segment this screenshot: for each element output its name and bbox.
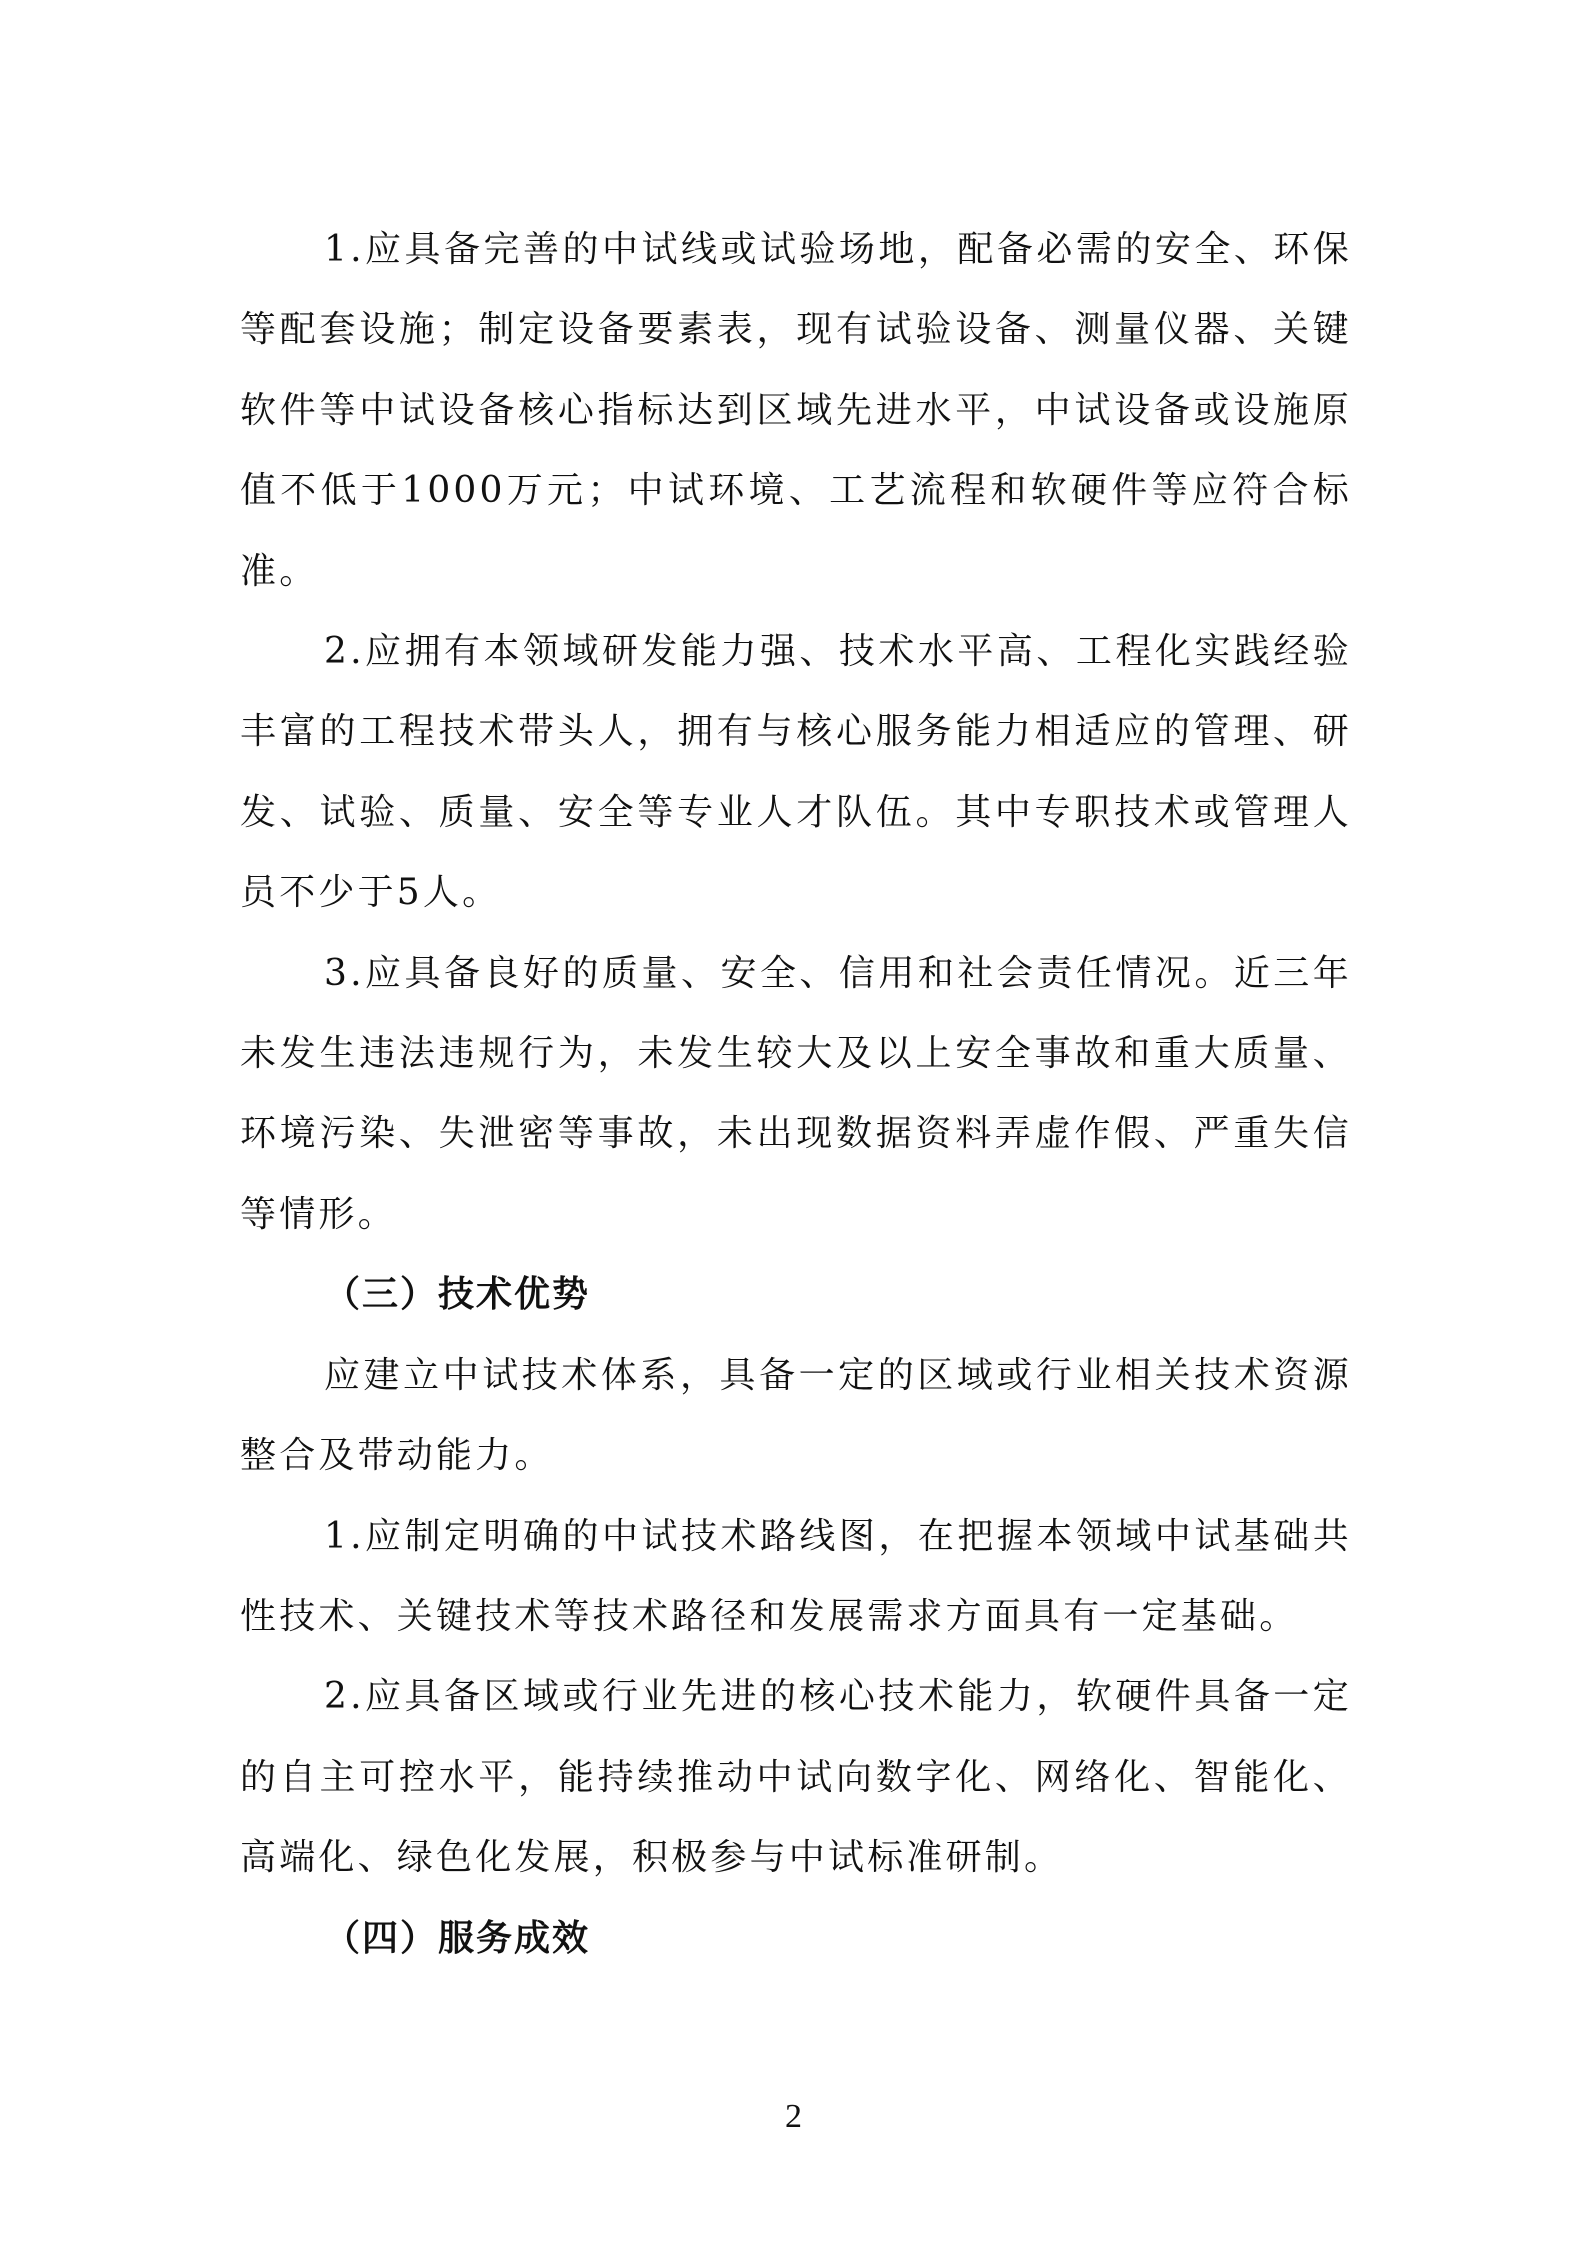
paragraph-credit: 3.应具备良好的质量、安全、信用和社会责任情况。近三年未发生违法违规行为，未发生… <box>240 934 1352 1256</box>
section-heading-service-results: （四）服务成效 <box>240 1899 1352 1979</box>
section-heading-tech-advantage: （三）技术优势 <box>240 1255 1352 1335</box>
page-number: 2 <box>0 2098 1587 2136</box>
document-body: 1.应具备完善的中试线或试验场地，配备必需的安全、环保等配套设施；制定设备要素表… <box>240 210 1352 1979</box>
paragraph-tech-system: 应建立中试技术体系，具备一定的区域或行业相关技术资源整合及带动能力。 <box>240 1336 1352 1497</box>
paragraph-core-capability: 2.应具备区域或行业先进的核心技术能力，软硬件具备一定的自主可控水平，能持续推动… <box>240 1657 1352 1898</box>
paragraph-personnel: 2.应拥有本领域研发能力强、技术水平高、工程化实践经验丰富的工程技术带头人，拥有… <box>240 612 1352 934</box>
paragraph-equipment: 1.应具备完善的中试线或试验场地，配备必需的安全、环保等配套设施；制定设备要素表… <box>240 210 1352 612</box>
paragraph-tech-roadmap: 1.应制定明确的中试技术路线图，在把握本领域中试基础共性技术、关键技术等技术路径… <box>240 1497 1352 1658</box>
